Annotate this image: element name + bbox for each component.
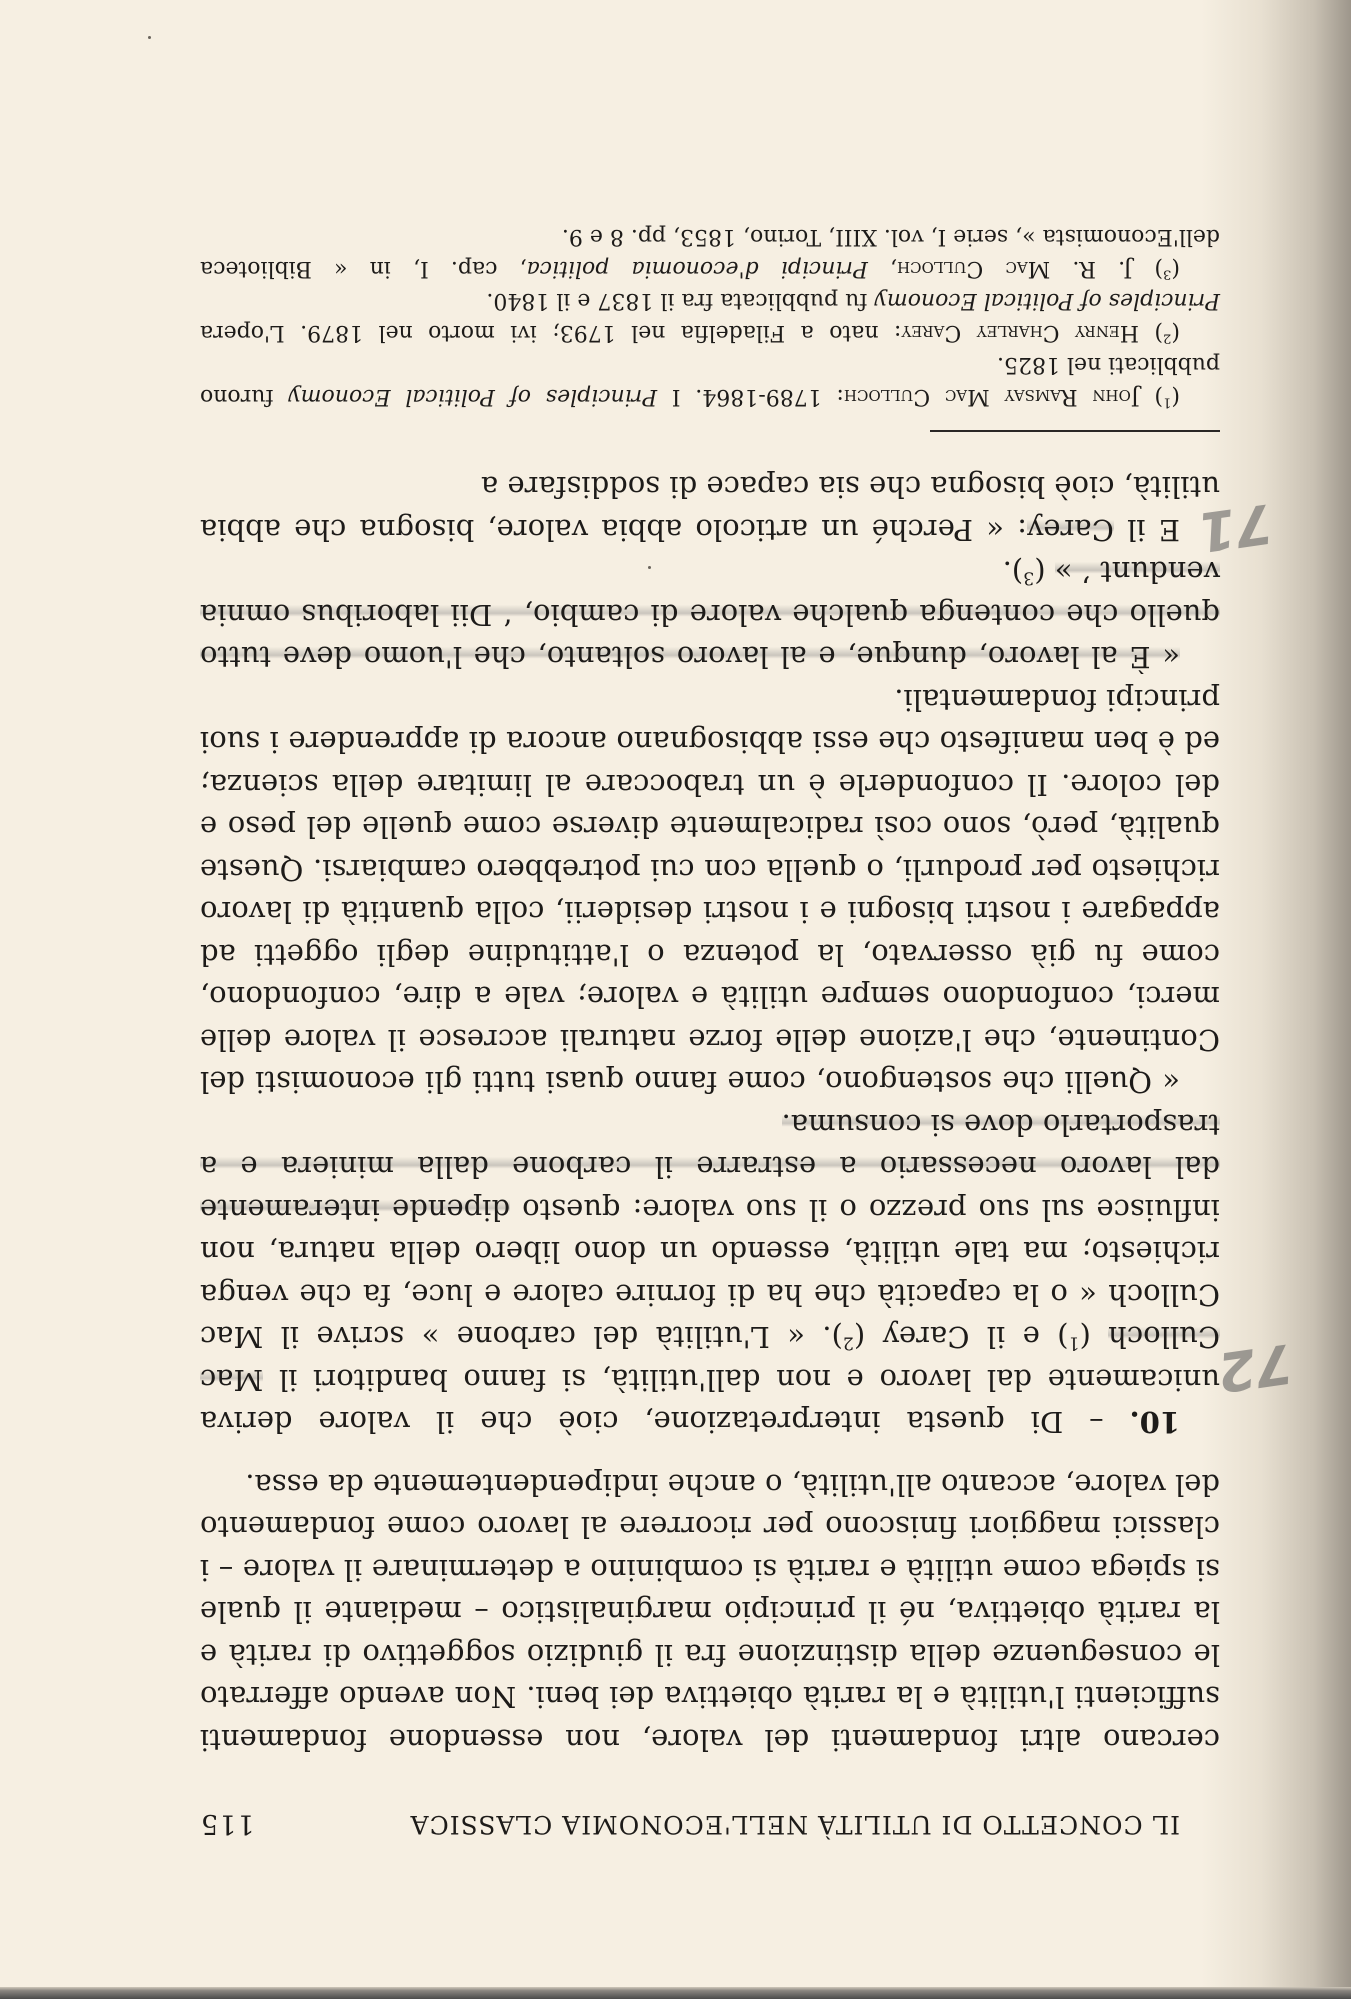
paragraph-section-10: 10. – Di questa interpretazione, cioè ch… [200,1104,1220,1444]
spine-shadow [1201,0,1351,1999]
scanned-page: 72 71 IL CONCETTO DI UTILITÀ NELL'ECONOM… [0,0,1351,1999]
paragraph-carey: E il Carey: « Perché un articolo abbia v… [200,466,1220,551]
footnote-author: Henry Charley Carey [901,320,1139,345]
book-title: Principi d'economia politica [527,256,868,281]
body-text: cercano altri fondamenti del valore, non… [200,466,1220,1761]
paper-speck [148,36,151,39]
footnote-ref-2[interactable]: 2 [843,1333,854,1353]
footnotes: (1) John Ramsay Mac Culloch: 1789-1864. … [200,220,1220,412]
scan-edge-band [0,1987,1351,1999]
footnote-2: (2) Henry Charley Carey: nato a Filadelf… [200,284,1220,348]
highlighted-passage: « È al lavoro, dunque, e al lavoro solta… [200,556,1220,675]
footnote-1: (1) John Ramsay Mac Culloch: 1789-1864. … [200,348,1220,412]
paragraph-quote: « Quelli che sostengono, come fanno quas… [200,679,1220,1104]
running-head: IL CONCETTO DI UTILITÀ NELL'ECONOMIA CLA… [200,1799,1220,1839]
footnote-ref-1[interactable]: 1 [1068,1333,1079,1353]
footnote-author: J. R. Mac Culloch [897,256,1132,281]
book-title: Principles of Political Economy [288,384,657,409]
footnote-author: John Ramsay Mac Culloch [844,384,1140,409]
footnote-rule [930,430,1220,432]
section-number: 10. [1130,1406,1180,1440]
page-number: 115 [200,1808,255,1839]
running-head-title: IL CONCETTO DI UTILITÀ NELL'ECONOMIA CLA… [410,1810,1180,1839]
page-content: IL CONCETTO DI UTILITÀ NELL'ECONOMIA CLA… [200,220,1220,1839]
paragraph-quote-labour: « È al lavoro, dunque, e al lavoro solta… [200,551,1220,679]
footnote-3: (3) J. R. Mac Culloch, Principi d'econom… [200,220,1220,284]
footnote-ref-3[interactable]: 3 [1023,568,1034,588]
paragraph-continuation: cercano altri fondamenti del valore, non… [200,1464,1220,1762]
handwritten-note-72: 72 [1214,1331,1297,1404]
book-title: Principles of Political Economy [874,288,1220,313]
highlighted-name: Carey [1027,513,1114,547]
